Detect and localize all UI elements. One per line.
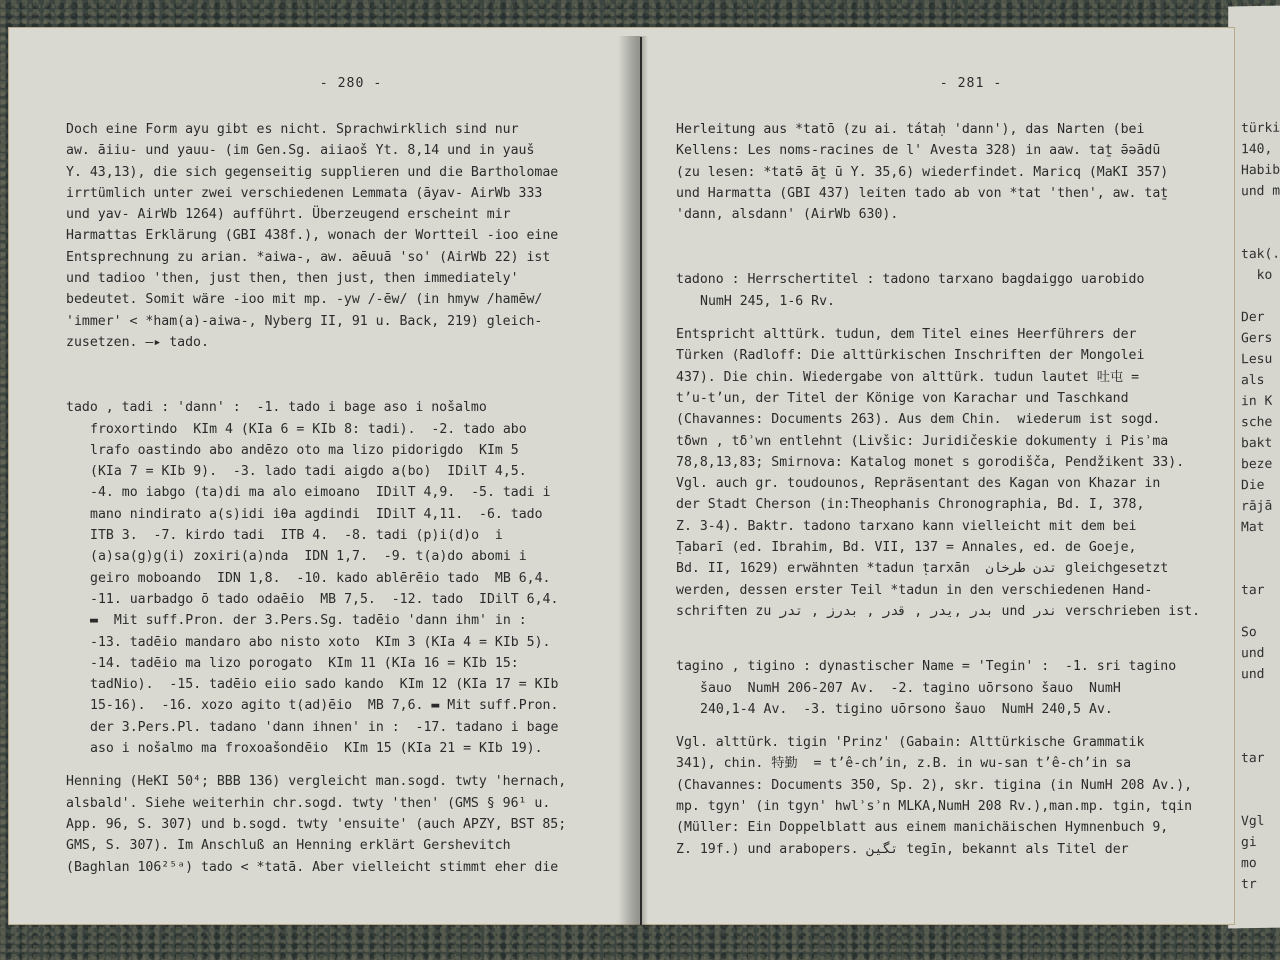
book-gutter-shadow: [618, 36, 648, 926]
text-line: 'immer' < *ham(a)-aiwa-, Nyberg II, 91 u…: [66, 311, 616, 332]
text-line: 'dann, alsdann' (AirWb 630).: [676, 204, 1236, 225]
text-line: 15-16). -16. xozo agito t(ad)ēio MB 7,6.…: [66, 695, 616, 716]
text-line: GMS, S. 307). Im Anschluß an Henning erk…: [66, 835, 616, 856]
entry-body-tadono: NumH 245, 1-6 Rv.: [676, 291, 1236, 312]
text-line: (Müller: Ein Doppelblatt aus einem manic…: [676, 817, 1236, 838]
text-line: Herleitung aus *tatō (zu ai. tátaḥ 'dann…: [676, 119, 1236, 140]
page-number: - 281 -: [706, 76, 1236, 91]
text-line: Kellens: Les noms-racines de l' Avesta 3…: [676, 140, 1236, 161]
text-line: -4. mo iabgo (ta)di ma alo eimoano IDilT…: [66, 482, 616, 503]
page-280: - 280 - Doch eine Form ayu gibt es nicht…: [66, 76, 616, 878]
entry-heading-tagino: tagino , tigino : dynastischer Name = 'T…: [676, 656, 1236, 677]
text-line: Z. 3-4). Baktr. tadono tarxano kann viel…: [676, 516, 1236, 537]
text-line: (zu lesen: *tatə̄ āṯ ū Y. 35,6) wiederfi…: [676, 162, 1236, 183]
text-line: Doch eine Form ayu gibt es nicht. Sprach…: [66, 119, 616, 140]
discussion-tagino: Vgl. alttürk. tigin 'Prinz' (Gabain: Alt…: [676, 732, 1236, 860]
text-line: und yav- AirWb 1264) aufführt. Überzeuge…: [66, 204, 616, 225]
text-line: -11. uarbadgo ō tado odaēio MB 7,5. -12.…: [66, 589, 616, 610]
partial-page-text: türki 140, Habib und m tak(. ko Der Gers…: [1241, 118, 1280, 896]
text-line: 78,8,13,83; Smirnova: Katalog monet s go…: [676, 452, 1236, 473]
text-line: 437). Die chin. Wiedergabe von alttürk. …: [676, 367, 1236, 388]
text-line: (KIa 7 = KIb 9). -3. lado tadi aigdo a(b…: [66, 461, 616, 482]
text-line: (Chavannes: Documents 263). Aus dem Chin…: [676, 409, 1236, 430]
text-line: mp. tgyn' (in tgyn' hwlʾsʾn MLKA,NumH 20…: [676, 796, 1236, 817]
text-line: -13. tadēio mandaro abo nisto xoto KIm 3…: [66, 632, 616, 653]
text-line: und Harmatta (GBI 437) leiten tado ab vo…: [676, 183, 1236, 204]
text-line: App. 96, S. 307) und b.sogd. twty 'ensui…: [66, 814, 616, 835]
text-line: der 3.Pers.Pl. tadano 'dann ihnen' in : …: [66, 717, 616, 738]
text-line: aso i nošalmo ma froxoašondēio KIm 15 (K…: [66, 738, 616, 759]
entry-body-tagino: šauo NumH 206-207 Av. -2. tagino uōrsono…: [676, 678, 1236, 721]
text-line: Harmattas Erklärung (GBI 438f.), wonach …: [66, 225, 616, 246]
text-line: 341), chin. 特勤 = tʼê-chʼin, z.B. in wu-s…: [676, 753, 1236, 774]
text-line: Vgl. auch gr. toudounos, Repräsentant de…: [676, 473, 1236, 494]
text-line: Entspricht alttürk. tudun, dem Titel ein…: [676, 324, 1236, 345]
text-line: und tadioo 'then, just then, then just, …: [66, 268, 616, 289]
discussion-paragraph: Henning (HeKI 50⁴; BBB 136) vergleicht m…: [66, 771, 616, 877]
text-line: Entsprechnung zu arian. *aiwa-, aw. aēuu…: [66, 247, 616, 268]
text-line: 240,1-4 Av. -3. tigino uōrsono šauo NumH…: [676, 699, 1236, 720]
text-line: zusetzen. —▸ tado.: [66, 332, 616, 353]
text-line: bedeutet. Somit wäre -ioo mit mp. -yw /-…: [66, 289, 616, 310]
text-line: Ṭabarī (ed. Ibrahim, Bd. VII, 137 = Anna…: [676, 537, 1236, 558]
intro-paragraph: Herleitung aus *tatō (zu ai. tátaḥ 'dann…: [676, 119, 1236, 225]
text-line: Z. 19f.) und arabopers. تگین tegīn, beka…: [676, 839, 1236, 860]
text-line: Henning (HeKI 50⁴; BBB 136) vergleicht m…: [66, 771, 616, 792]
text-line: froxortindo KIm 4 (KIa 6 = KIb 8: tadi).…: [66, 419, 616, 440]
page-number: - 280 -: [86, 76, 616, 91]
text-line: ▬ Mit suff.Pron. der 3.Pers.Sg. tadēio '…: [66, 610, 616, 631]
text-line: (Baghlan 106²⁵ᵃ) tado < *tatā. Aber viel…: [66, 857, 616, 878]
text-line: Bd. II, 1629) erwähnten *tadun ṭarxān تد…: [676, 558, 1236, 579]
intro-paragraph: Doch eine Form ayu gibt es nicht. Sprach…: [66, 119, 616, 353]
text-line: Vgl. alttürk. tigin 'Prinz' (Gabain: Alt…: [676, 732, 1236, 753]
text-line: lrafo oastindo abo andēzo oto ma lizo pi…: [66, 440, 616, 461]
text-line: šauo NumH 206-207 Av. -2. tagino uōrsono…: [676, 678, 1236, 699]
entry-body-tado: froxortindo KIm 4 (KIa 6 = KIb 8: tadi).…: [66, 419, 616, 760]
text-line: Y. 43,13), die sich gegenseitig supplier…: [66, 162, 616, 183]
text-line: geiro moboando IDN 1,8. -10. kado ablērē…: [66, 568, 616, 589]
page-281: - 281 - Herleitung aus *tatō (zu ai. tát…: [676, 76, 1236, 860]
text-line: mano nindirato a(s)idi iθa agdindi IDilT…: [66, 504, 616, 525]
text-line: tʼu-tʼun, der Titel der Könige von Karac…: [676, 388, 1236, 409]
text-line: (Chavannes: Documents 350, Sp. 2), skr. …: [676, 775, 1236, 796]
text-line: alsbald'. Siehe weiterhin chr.sogd. twty…: [66, 793, 616, 814]
text-line: schriften zu بدر ,يدر , قدر , بدرز , تدر…: [676, 601, 1236, 622]
text-line: tadNio). -15. tadēio eiio sado kando KIm…: [66, 674, 616, 695]
entry-heading-tadono: tadono : Herrschertitel : tadono tarxano…: [676, 269, 1236, 290]
text-line: Türken (Radloff: Die alttürkischen Insch…: [676, 345, 1236, 366]
discussion-tadono: Entspricht alttürk. tudun, dem Titel ein…: [676, 324, 1236, 622]
text-line: werden, dessen erster Teil *tadun in den…: [676, 580, 1236, 601]
text-line: ITB 3. -7. kirdo tadi ITB 4. -8. tadi (p…: [66, 525, 616, 546]
text-line: irrtümlich unter zwei verschiedenen Lemm…: [66, 183, 616, 204]
text-line: (a)sa(g)g(i) zoxiri(a)nda IDN 1,7. -9. t…: [66, 546, 616, 567]
book-spine-line: [640, 37, 642, 925]
text-line: tδwn , tδʾwn entlehnt (Livšic: Juridičes…: [676, 431, 1236, 452]
text-line: der Stadt Cherson (in:Theophanis Chronog…: [676, 494, 1236, 515]
text-line: -14. tadēio ma lizo porogato KIm 11 (KIa…: [66, 653, 616, 674]
text-line: aw. āiiu- und yauu- (im Gen.Sg. aiiaoš Y…: [66, 140, 616, 161]
entry-heading-tado: tado , tadi : 'dann' : -1. tado i bage a…: [66, 397, 616, 418]
